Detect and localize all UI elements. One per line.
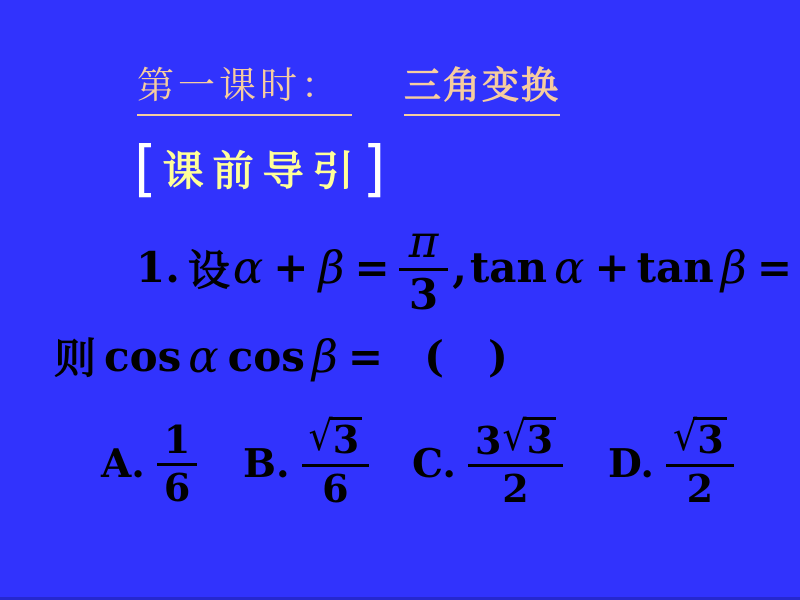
plus-operator: + [273, 243, 308, 292]
paren-open: ( [424, 332, 444, 381]
option-b: B. √ 3 6 [243, 404, 371, 524]
equals-operator: = [354, 243, 389, 292]
tan-function: tan [470, 243, 547, 292]
option-d-label: D. [608, 441, 654, 487]
fraction-denominator: 6 [322, 467, 348, 509]
problem-statement-line1: 1. 设 α + β = π 3 , tan α + tan β = 3, [136, 218, 800, 317]
alpha-symbol: α [233, 241, 263, 294]
cos-function: cos [104, 332, 181, 381]
fraction-denominator: 6 [164, 466, 190, 508]
problem-statement-line2: 则 cos α cos β = () [54, 326, 508, 386]
answer-blank: () [424, 332, 508, 381]
set-word: 设 [188, 238, 230, 298]
section-label: 课前导引 [163, 138, 363, 197]
answer-options: A. 1 6 B. √ 3 6 C. 3 √ 3 [0, 404, 800, 524]
pi-over-3-fraction: π 3 [399, 218, 449, 317]
option-b-label: B. [243, 441, 290, 487]
beta-symbol: β [318, 241, 344, 294]
square-root: √ 3 [673, 419, 727, 461]
alpha-symbol: α [554, 241, 584, 294]
lesson-number-title: 第一课时： [137, 55, 352, 116]
open-bracket: [ [134, 137, 157, 198]
then-word: 则 [54, 326, 96, 386]
beta-symbol: β [312, 330, 338, 383]
lesson-topic-title: 三角变换 [404, 55, 560, 116]
option-a-label: A. [101, 441, 145, 487]
option-a: A. 1 6 [101, 404, 199, 524]
alpha-symbol: α [188, 330, 218, 383]
plus-operator: + [594, 243, 629, 292]
option-d: D. √ 3 2 [608, 404, 736, 524]
option-d-fraction: √ 3 2 [666, 419, 734, 509]
coefficient: 3 [475, 421, 501, 461]
radicand: 3 [329, 417, 362, 459]
close-bracket: ] [363, 137, 386, 198]
fraction-denominator: 2 [687, 467, 713, 509]
cos-function: cos [228, 332, 305, 381]
comma-separator: , [452, 243, 467, 292]
slide-title: 第一课时：三角变换 [137, 55, 560, 116]
paren-close: ) [488, 332, 508, 381]
problem-number: 1. [136, 243, 180, 292]
radicand: 3 [693, 417, 726, 459]
radicand: 3 [523, 417, 556, 459]
square-root: √ 3 [309, 419, 363, 461]
tan-function: tan [637, 243, 714, 292]
section-header: [ 课前导引 ] [134, 138, 385, 197]
option-c: C. 3 √ 3 2 [412, 404, 565, 524]
equals-operator: = [348, 332, 383, 381]
option-c-label: C. [412, 441, 456, 487]
option-b-fraction: √ 3 6 [302, 419, 370, 509]
equals-operator: = [757, 243, 792, 292]
pi-symbol: π [409, 218, 439, 265]
option-c-fraction: 3 √ 3 2 [468, 419, 563, 509]
option-a-fraction: 1 6 [157, 420, 197, 508]
beta-symbol: β [721, 241, 747, 294]
fraction-numerator: 1 [164, 420, 190, 460]
fraction-denominator: 2 [502, 467, 528, 509]
square-root: √ 3 [502, 419, 556, 461]
fraction-denominator: 3 [409, 271, 438, 317]
